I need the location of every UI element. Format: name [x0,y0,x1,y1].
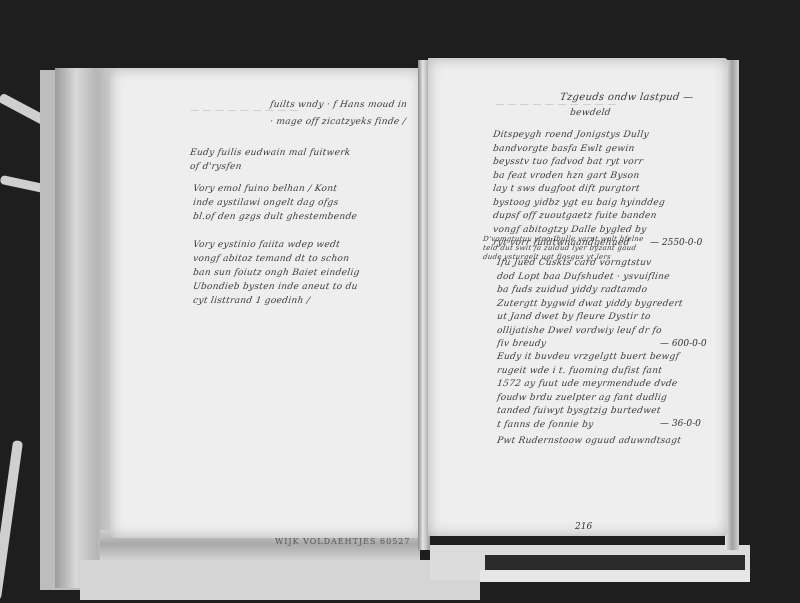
binding-tie-lower [0,440,23,600]
manuscript-line: rugeit wde i t. fuoming dufist fant [496,366,663,376]
folio-number: 216 [575,522,592,532]
manuscript-line: Eudy it buvdeu vrzgelgtt buert bewgf [496,352,680,362]
manuscript-line: Vory eystinio faiita wdep wedt [192,240,340,250]
bottom-cover-strip [80,560,480,600]
bleed-through: — — — — — — — — — — [494,100,617,110]
manuscript-line: fiv breudy [496,339,547,349]
manuscript-line: vongf abitoz temand dt to schon [192,254,350,264]
manuscript-line: teld dut swit fa zuidud lyer byzant gaud [482,244,636,252]
manuscript-line: Ubondieb bysten inde aneut to du [192,282,358,292]
manuscript-line: tanded fuiwyt bysgtzig burtedwet [496,406,661,416]
manuscript-line: ban sun foiutz ongh Baiet eindelig [192,268,360,278]
entry-amount: — 2550-0-0 [650,238,702,248]
manuscript-line: Eudy fuilis eudwain mal fuitwerk [189,148,351,158]
manuscript-line: bl.of den gzgs dult ghestembende [192,212,357,222]
manuscript-line: Ifu Jued Cuskts card vorngtstuv [496,258,652,268]
manuscript-line: beysstv tuo fadvod bat ryt vorr [492,157,644,167]
manuscript-line: D'vomgtutuv ytoo Ibulle varnt wolt bfeln… [482,235,644,243]
entry-amount: — 36-0-0 [660,419,701,429]
manuscript-line: bystoog yidbz ygt eu baig hyinddeg [492,198,665,208]
manuscript-line: ut Jand dwet by fleure Dystir to [496,312,651,322]
manuscript-line: ollijatishe Dwel vordwiy leuf dr fo [496,326,662,336]
manuscript-line: ba feat vroden hzn gart Byson [492,171,640,181]
manuscript-line: of d'rysfen [189,162,242,172]
entry-amount: — 600-0-0 [660,339,707,349]
bottom-spine-label: WIJK VOLDAEHTJES 60527 [275,537,410,546]
manuscript-line: Ditspeygh roend Jonigstys Dully [492,130,649,140]
manuscript-line: t fanns de fonnie by [496,420,594,430]
manuscript-line: cyt listtrand 1 goedinh / [192,296,310,306]
manuscript-line: Pwt Rudernstoow oguud aduwndtsagt [496,436,681,446]
manuscript-line: Vory emol fuino belhan / Kont [192,184,338,194]
manuscript-line: foudw brdu zuelpter ag fant dudlig [496,393,667,403]
manuscript-line: · mage off zicatzyeks finde / [269,117,406,127]
manuscript-line: ba fuds zuidud yiddy radtamdo [496,285,648,295]
bleed-through: — — — — — — — — — [189,106,299,116]
bottom-right-edge [480,570,750,582]
manuscript-line: lay t sws dugfoot dift purgtort [492,184,640,194]
manuscript-line: inde aystilawi ongelt dag ofgs [192,198,339,208]
manuscript-line: bandvorgte basfa Ewlt gewin [492,144,635,154]
manuscript-line: Zutergtt bygwid dwat yiddy bygredert [496,299,683,309]
manuscript-line: dod Lopt baa Dufshudet · ysvuifline [496,272,670,282]
manuscript-line: dupsf off zuoutgaetz fuite banden [492,211,657,221]
manuscript-line: vongf abitogtzy Dalle bygled by [492,225,647,235]
manuscript-line: 1572 ay fuut ude meyrmendude dvde [496,379,678,389]
